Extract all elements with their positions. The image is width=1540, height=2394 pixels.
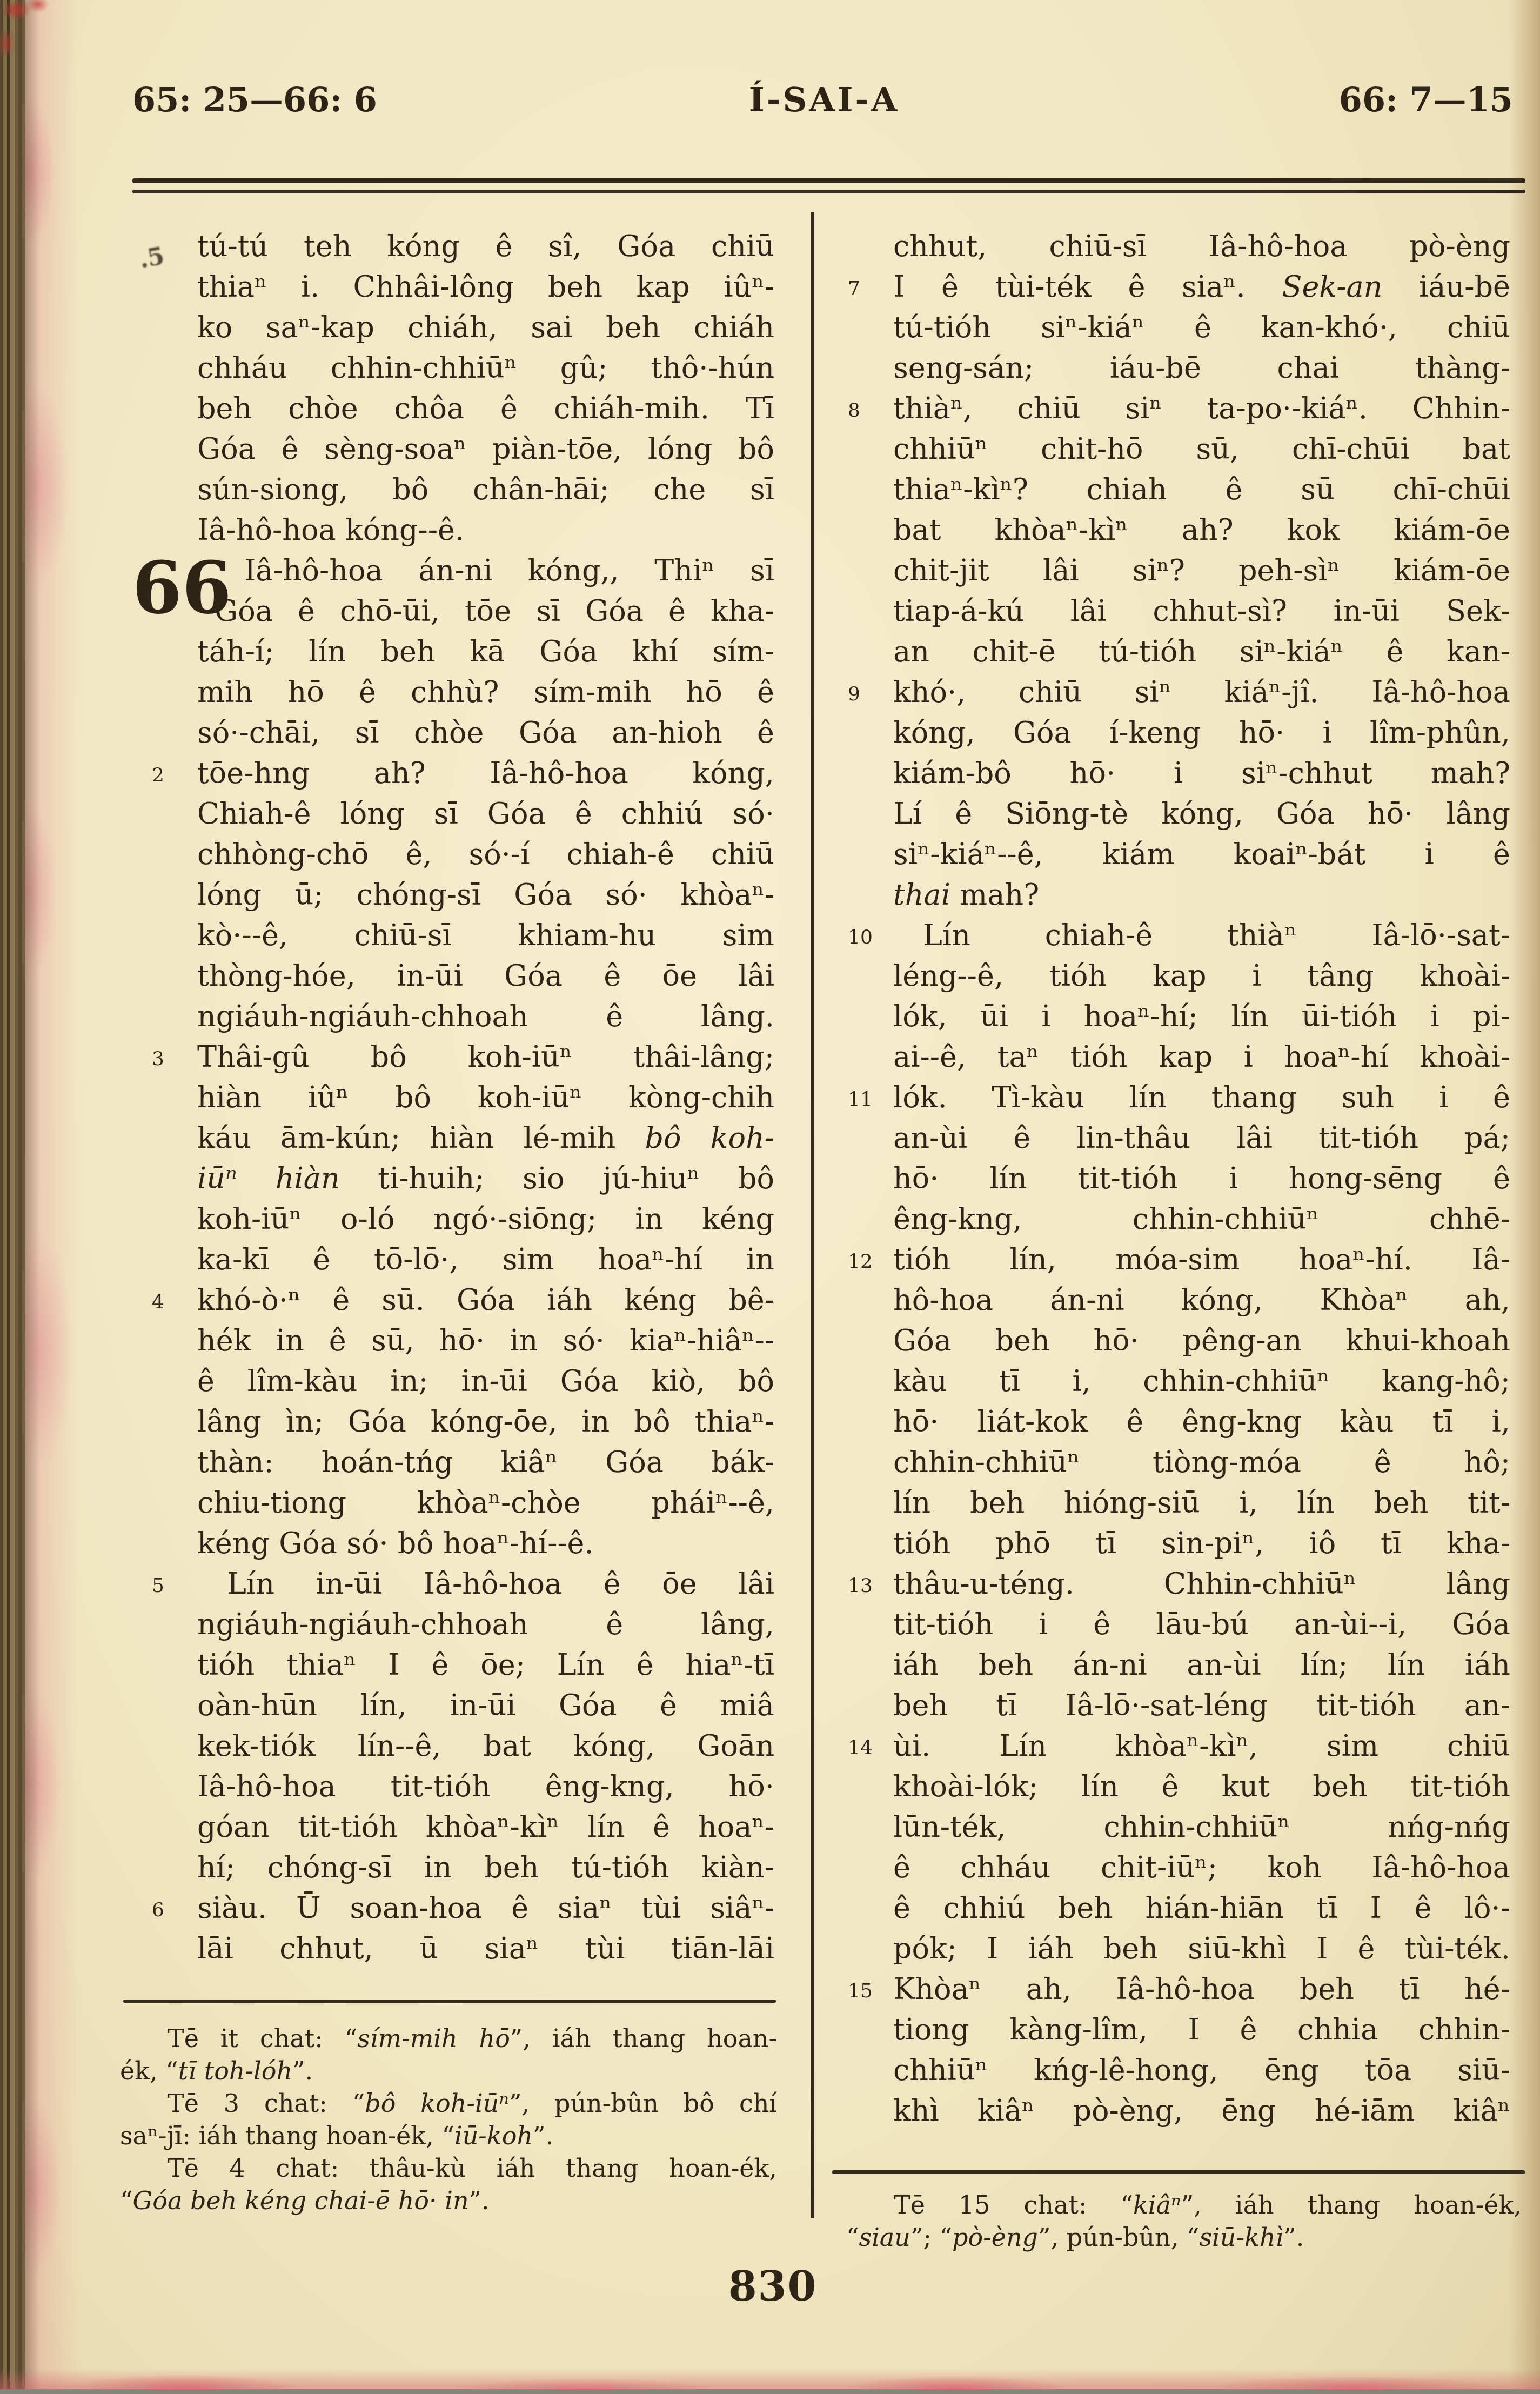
verse-number: 5 xyxy=(152,1566,191,1606)
page-number: 830 xyxy=(713,2262,832,2310)
text-line: sún-siong, bô chân-hāi; che sī xyxy=(197,469,774,510)
footnote-line: Tē it chat: “sím-mih hō”, iáh thang hoan… xyxy=(120,2022,777,2055)
text-line: kàu tī i, chhin-chhiūⁿ kang-hô; xyxy=(893,1361,1510,1401)
text-line: mih hō ê chhù? sím-mih hō ê xyxy=(197,672,774,712)
text-line: táh-í; lín beh kā Góa khí sím- xyxy=(197,631,774,672)
text-line: Iâ-hô-hoa kóng--ê. xyxy=(197,510,774,550)
book-page: 65: 25—66: 6 Í-SAI-A 66: 7—15 .5 tú-tú t… xyxy=(0,0,1540,2394)
footnote-line: saⁿ-jī: iáh thang hoan-ék, “iū-koh”. xyxy=(120,2119,777,2152)
text-line: beh tī Iâ-lō·-sat-léng tit-tióh an- xyxy=(893,1685,1510,1726)
verse-number: 3 xyxy=(152,1039,191,1079)
text-line: góan tit-tióh khòaⁿ-kìⁿ lín ê hoaⁿ- xyxy=(197,1807,774,1847)
footnote-line: “siau”; “pò-èng”, pún-bûn, “siū-khì”. xyxy=(846,2221,1522,2253)
text-line: Góa ê chō-ūi, tōe sī Góa ê kha- xyxy=(197,591,774,631)
verse-number: 2 xyxy=(152,755,191,795)
text-line: 9khó·, chiū siⁿ kiáⁿ-jî. Iâ-hô-hoa xyxy=(893,672,1510,712)
verse-number: 12 xyxy=(848,1241,887,1282)
text-line: thai mah? xyxy=(893,874,1510,915)
footnote-separator-left xyxy=(123,2000,776,2003)
text-line: Góa beh hō· pêng-an khui-khoah xyxy=(893,1320,1510,1361)
text-line: tióh phō tī sin-piⁿ, iô tī kha- xyxy=(893,1523,1510,1563)
margin-mark: .5 xyxy=(137,242,166,273)
text-line: ko saⁿ-kap chiáh, sai beh chiáh xyxy=(197,307,774,347)
text-line: 4khó-ò·ⁿ ê sū. Góa iáh kéng bê- xyxy=(197,1280,774,1320)
text-line: tiap-á-kú lâi chhut-sì? in-ūi Sek- xyxy=(893,591,1510,631)
footnote-line: Tē 15 chat: “kiâⁿ”, iáh thang hoan-ék, xyxy=(846,2189,1522,2221)
text-line: lók, ūi i hoaⁿ-hí; lín ūi-tióh i pi- xyxy=(893,996,1510,1036)
verse-number: 7 xyxy=(848,269,887,309)
footnote-line: Tē 3 chat: “bô koh-iūⁿ”, pún-bûn bô chí xyxy=(120,2087,777,2119)
text-line: só·-chāi, sī chòe Góa an-hioh ê xyxy=(197,712,774,753)
text-line: beh chòe chôa ê chiáh-mih. Tī xyxy=(197,388,774,429)
text-line: ê chháu chit-iūⁿ; koh Iâ-hô-hoa xyxy=(893,1847,1510,1888)
text-line: ngiáuh-ngiáuh-chhoah ê lâng, xyxy=(197,1604,774,1644)
text-line: khì kiâⁿ pò-èng, ēng hé-iām kiâⁿ xyxy=(893,2090,1510,2131)
left-column: tú-tú teh kóng ê sî, Góa chiūthiaⁿ i. Ch… xyxy=(197,226,774,1969)
text-line: hí; chóng-sī in beh tú-tióh kiàn- xyxy=(197,1847,774,1888)
text-line: 6siàu. Ū soan-hoa ê siaⁿ tùi siâⁿ- xyxy=(197,1888,774,1928)
verse-number: 10 xyxy=(848,917,887,958)
text-line: chit-jit lâi siⁿ? peh-sìⁿ kiám-ōe xyxy=(893,550,1510,591)
text-line: chhut, chiū-sī Iâ-hô-hoa pò-èng xyxy=(893,226,1510,266)
page-bottom-strip xyxy=(0,2389,1540,2394)
text-line: tiong kàng-lîm, I ê chhia chhin- xyxy=(893,2009,1510,2050)
text-line: pók; I iáh beh siū-khì I ê tùi-ték. xyxy=(893,1928,1510,1969)
text-line: tióh thiaⁿ I ê ōe; Lín ê hiaⁿ-tī xyxy=(197,1644,774,1685)
text-line: chhin-chhiūⁿ tiòng-móa ê hô; xyxy=(893,1442,1510,1482)
text-line: tú-tú teh kóng ê sî, Góa chiū xyxy=(197,226,774,266)
text-line: 66Iâ-hô-hoa án-ni kóng,, Thiⁿ sī xyxy=(197,550,774,591)
verse-number: 4 xyxy=(152,1282,191,1322)
verse-number: 8 xyxy=(848,390,887,431)
footnote-line: “Góa beh kéng chai-ē hō· in”. xyxy=(120,2184,777,2217)
verse-number: 11 xyxy=(848,1079,887,1120)
text-line: 14ùi. Lín khòaⁿ-kìⁿ, sim chiū xyxy=(893,1726,1510,1766)
text-line: thiaⁿ i. Chhâi-lông beh kap iûⁿ- xyxy=(197,266,774,307)
text-line: Chiah-ê lóng sī Góa ê chhiú só· xyxy=(197,793,774,834)
right-footnotes: Tē 15 chat: “kiâⁿ”, iáh thang hoan-ék,“s… xyxy=(846,2189,1522,2253)
header-book-title: Í-SAI-A xyxy=(130,77,1518,123)
text-line: ka-kī ê tō-lō·, sim hoaⁿ-hí in xyxy=(197,1239,774,1280)
text-line: thàn: hoán-tńg kiâⁿ Góa bák- xyxy=(197,1442,774,1482)
right-column: chhut, chiū-sī Iâ-hô-hoa pò-èng7I ê tùi-… xyxy=(893,226,1510,2131)
corner-red-stain xyxy=(0,0,59,86)
header-rule-top xyxy=(132,178,1525,183)
text-line: khoài-lók; lín ê kut beh tit-tióh xyxy=(893,1766,1510,1807)
text-line: Lí ê Siōng-tè kóng, Góa hō· lâng xyxy=(893,793,1510,834)
page-edge-bottom-stain xyxy=(0,2365,1540,2390)
text-line: 13thâu-u-téng. Chhin-chhiūⁿ lâng xyxy=(893,1563,1510,1604)
text-line: iáh beh án-ni an-ùi lín; lín iáh xyxy=(893,1644,1510,1685)
binding-shadow xyxy=(18,0,40,2394)
text-line: káu ām-kún; hiàn lé-mih bô koh- xyxy=(197,1118,774,1158)
text-line: hô-hoa án-ni kóng, Khòaⁿ ah, xyxy=(893,1280,1510,1320)
text-line: chiu-tiong khòaⁿ-chòe pháiⁿ--ê, xyxy=(197,1482,774,1523)
text-line: chhiūⁿ kńg-lê-hong, ēng tōa siū- xyxy=(893,2050,1510,2090)
text-line: oàn-hūn lín, in-ūi Góa ê miâ xyxy=(197,1685,774,1726)
verse-number: 15 xyxy=(848,1971,887,2011)
footnote-line: ék, “tī toh-lóh”. xyxy=(120,2055,777,2087)
page-edge-right xyxy=(1509,0,1540,2394)
verse-number: 14 xyxy=(848,1728,887,1768)
verse-number: 13 xyxy=(848,1566,887,1606)
text-line: 11lók. Tì-kàu lín thang suh i ê xyxy=(893,1077,1510,1118)
text-line: thiaⁿ-kìⁿ? chiah ê sū chī-chūi xyxy=(893,469,1510,510)
text-line: kò·--ê, chiū-sī khiam-hu sim xyxy=(197,915,774,955)
text-line: hō· lín tit-tióh i hong-sēng ê xyxy=(893,1158,1510,1199)
running-header: 65: 25—66: 6 Í-SAI-A 66: 7—15 xyxy=(130,77,1518,123)
text-line: 15Khòaⁿ ah, Iâ-hô-hoa beh tī hé- xyxy=(893,1969,1510,2009)
text-line: 3Thâi-gû bô koh-iūⁿ thâi-lâng; xyxy=(197,1036,774,1077)
column-divider xyxy=(811,212,814,2218)
text-line: kéng Góa só· bô hoaⁿ-hí--ê. xyxy=(197,1523,774,1563)
text-line: 12tióh lín, móa-sim hoaⁿ-hí. Iâ- xyxy=(893,1239,1510,1280)
text-line: siⁿ-kiáⁿ--ê, kiám koaiⁿ-bát i ê xyxy=(893,834,1510,874)
text-line: kóng, Góa í-keng hō· i lîm-phûn, xyxy=(893,712,1510,753)
text-line: ai--ê, taⁿ tióh kap i hoaⁿ-hí khoài- xyxy=(893,1036,1510,1077)
text-line: tú-tióh siⁿ-kiáⁿ ê kan-khó·, chiū xyxy=(893,307,1510,347)
text-line: léng--ê, tióh kap i tâng khoài- xyxy=(893,955,1510,996)
text-line: iūⁿ hiàn ti-huih; sio jú-hiuⁿ bô xyxy=(197,1158,774,1199)
text-line: bat khòaⁿ-kìⁿ ah? kok kiám-ōe xyxy=(893,510,1510,550)
text-line: lūn-ték, chhin-chhiūⁿ nńg-nńg xyxy=(893,1807,1510,1847)
text-line: chhiūⁿ chit-hō sū, chī-chūi bat xyxy=(893,429,1510,469)
text-line: lâng ìn; Góa kóng-ōe, in bô thiaⁿ- xyxy=(197,1401,774,1442)
text-line: hék in ê sū, hō· in só· kiaⁿ-hiâⁿ-- xyxy=(197,1320,774,1361)
text-line: ngiáuh-ngiáuh-chhoah ê lâng. xyxy=(197,996,774,1036)
text-line: tit-tióh i ê lāu-bú an-ùi--i, Góa xyxy=(893,1604,1510,1644)
header-verse-range-right: 66: 7—15 xyxy=(1339,77,1513,123)
text-line: kiám-bô hō· i siⁿ-chhut mah? xyxy=(893,753,1510,793)
text-line: ê chhiú beh hián-hiān tī I ê lô·- xyxy=(893,1888,1510,1928)
text-line: lāi chhut, ū siaⁿ tùi tiān-lāi xyxy=(197,1928,774,1969)
text-line: an-ùi ê lin-thâu lâi tit-tióh pá; xyxy=(893,1118,1510,1158)
text-line: 10Lín chiah-ê thiàⁿ Iâ-lō·-sat- xyxy=(893,915,1510,955)
text-line: Góa ê sèng-soaⁿ piàn-tōe, lóng bô xyxy=(197,429,774,469)
text-line: 8thiàⁿ, chiū siⁿ ta-po·-kiáⁿ. Chhin- xyxy=(893,388,1510,429)
verse-number: 9 xyxy=(848,674,887,714)
text-line: lín beh hióng-siū i, lín beh tit- xyxy=(893,1482,1510,1523)
footnote-line: Tē 4 chat: thâu-kù iáh thang hoan-ék, xyxy=(120,2152,777,2184)
text-line: ê lîm-kàu in; in-ūi Góa kiò, bô xyxy=(197,1361,774,1401)
text-line: 5Lín in-ūi Iâ-hô-hoa ê ōe lâi xyxy=(197,1563,774,1604)
text-line: hō· liát-kok ê êng-kng kàu tī i, xyxy=(893,1401,1510,1442)
text-line: chháu chhin-chhiūⁿ gû; thô·-hún xyxy=(197,347,774,388)
header-rule-bottom xyxy=(132,190,1525,193)
text-line: 2tōe-hng ah? Iâ-hô-hoa kóng, xyxy=(197,753,774,793)
text-line: hiàn iûⁿ bô koh-iūⁿ kòng-chih xyxy=(197,1077,774,1118)
left-footnotes: Tē it chat: “sím-mih hō”, iáh thang hoan… xyxy=(120,2022,777,2217)
text-line: thòng-hóe, in-ūi Góa ê ōe lâi xyxy=(197,955,774,996)
footnote-separator-right xyxy=(832,2170,1525,2174)
text-line: koh-iūⁿ o-ló ngó·-siōng; in kéng xyxy=(197,1199,774,1239)
text-line: an chit-ē tú-tióh siⁿ-kiáⁿ ê kan- xyxy=(893,631,1510,672)
text-line: êng-kng, chhin-chhiūⁿ chhē- xyxy=(893,1199,1510,1239)
text-line: seng-sán; iáu-bē chai thàng- xyxy=(893,347,1510,388)
text-line: Iâ-hô-hoa tit-tióh êng-kng, hō· xyxy=(197,1766,774,1807)
text-line: kek-tiók lín--ê, bat kóng, Goān xyxy=(197,1726,774,1766)
text-line: lóng ū; chóng-sī Góa só· khòaⁿ- xyxy=(197,874,774,915)
text-line: 7I ê tùi-ték ê siaⁿ. Sek-an iáu-bē xyxy=(893,266,1510,307)
verse-number: 6 xyxy=(152,1890,191,1930)
text-line: chhòng-chō ê, só·-í chiah-ê chiū xyxy=(197,834,774,874)
